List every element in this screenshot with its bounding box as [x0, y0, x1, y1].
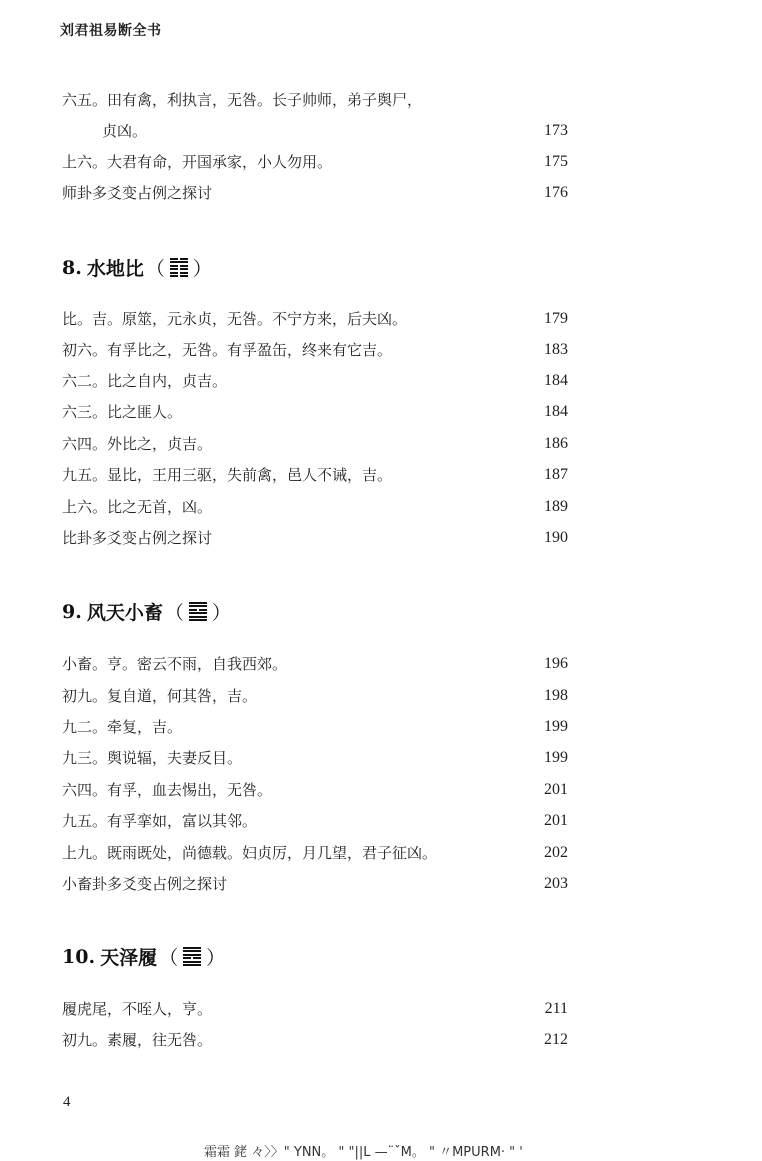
section-number: 8. — [62, 257, 82, 279]
ocr-artifact-footer: 霜霜 銠 々〉〉" YNN。 " "||L —¨ˇM。 " 〃MPURM· " … — [204, 1141, 523, 1160]
entry-page: 201 — [544, 780, 568, 800]
section-heading-9: 9. 风天小畜 （ ） — [62, 598, 233, 625]
open-paren: （ — [159, 943, 178, 970]
entry-page: 176 — [544, 183, 568, 203]
entry-page: 173 — [544, 121, 568, 141]
entry-page: 211 — [545, 999, 568, 1019]
section-heading-8: 8. 水地比 （ ） — [62, 254, 214, 281]
open-paren: （ — [146, 254, 165, 281]
open-paren: （ — [165, 598, 184, 625]
entry-text: 九三。舆说辐，夫妻反目。 — [62, 748, 242, 768]
entry-page: 198 — [544, 686, 568, 706]
entry-text: 上九。既雨既处，尚德载。妇贞厉，月几望，君子征凶。 — [62, 843, 437, 863]
hexagram-bi-icon — [170, 258, 188, 277]
entry-text: 小畜。亨。密云不雨，自我西郊。 — [62, 654, 287, 674]
section-title: 风天小畜 — [87, 598, 163, 625]
entry-text: 师卦多爻变占例之探讨 — [62, 183, 212, 203]
entry-page: 199 — [544, 717, 568, 737]
entry-text: 比卦多爻变占例之探讨 — [62, 528, 212, 548]
entry-page: 175 — [544, 152, 568, 172]
entry-page: 184 — [544, 371, 568, 391]
entry-text: 六五。田有禽，利执言，无咎。长子帅师，弟子舆尸， — [62, 90, 422, 110]
entry-page: 186 — [544, 434, 568, 454]
entry-page: 184 — [544, 402, 568, 422]
section-title: 天泽履 — [100, 943, 157, 970]
close-paren: ） — [193, 254, 212, 281]
entry-text: 初九。复自道，何其咎，吉。 — [62, 686, 257, 706]
close-paren: ） — [212, 598, 231, 625]
running-head: 刘君祖易断全书 — [60, 20, 162, 40]
entry-text: 九五。有孚挛如，富以其邻。 — [62, 811, 257, 831]
entry-text: 初九。素履，往无咎。 — [62, 1030, 212, 1050]
entry-text: 九五。显比，王用三驱，失前禽，邑人不诫，吉。 — [62, 465, 392, 485]
hexagram-xiaoxu-icon — [189, 602, 207, 621]
entry-page: 212 — [544, 1030, 568, 1050]
entry-text: 履虎尾，不咥人，亨。 — [62, 999, 212, 1019]
entry-page: 183 — [544, 340, 568, 360]
entry-page: 189 — [544, 497, 568, 517]
entry-page: 190 — [544, 528, 568, 548]
entry-text: 小畜卦多爻变占例之探讨 — [62, 874, 227, 894]
entry-page: 201 — [544, 811, 568, 831]
entry-text: 上六。大君有命，开国承家，小人勿用。 — [62, 152, 332, 172]
entry-page: 199 — [544, 748, 568, 768]
hexagram-lu-icon — [183, 947, 201, 966]
entry-text: 六四。外比之，贞吉。 — [62, 434, 212, 454]
entry-text: 六四。有孚，血去惕出，无咎。 — [62, 780, 272, 800]
entry-page: 179 — [544, 309, 568, 329]
entry-page: 203 — [544, 874, 568, 894]
entry-text: 六三。比之匪人。 — [62, 402, 182, 422]
section-title: 水地比 — [87, 254, 144, 281]
section-number: 9. — [62, 601, 82, 623]
entry-page: 187 — [544, 465, 568, 485]
section-heading-10: 10. 天泽履 （ ） — [62, 943, 227, 970]
entry-page: 196 — [544, 654, 568, 674]
entry-text: 贞凶。 — [102, 121, 147, 141]
page-number: 4 — [63, 1094, 71, 1111]
close-paren: ） — [206, 943, 225, 970]
entry-text: 九二。牵复，吉。 — [62, 717, 182, 737]
entry-page: 202 — [544, 843, 568, 863]
entry-text: 初六。有孚比之，无咎。有孚盈缶，终来有它吉。 — [62, 340, 392, 360]
entry-text: 比。吉。原筮，元永贞，无咎。不宁方来，后夫凶。 — [62, 309, 407, 329]
section-number: 10. — [62, 946, 95, 968]
entry-text: 六二。比之自内，贞吉。 — [62, 371, 227, 391]
entry-text: 上六。比之无首，凶。 — [62, 497, 212, 517]
